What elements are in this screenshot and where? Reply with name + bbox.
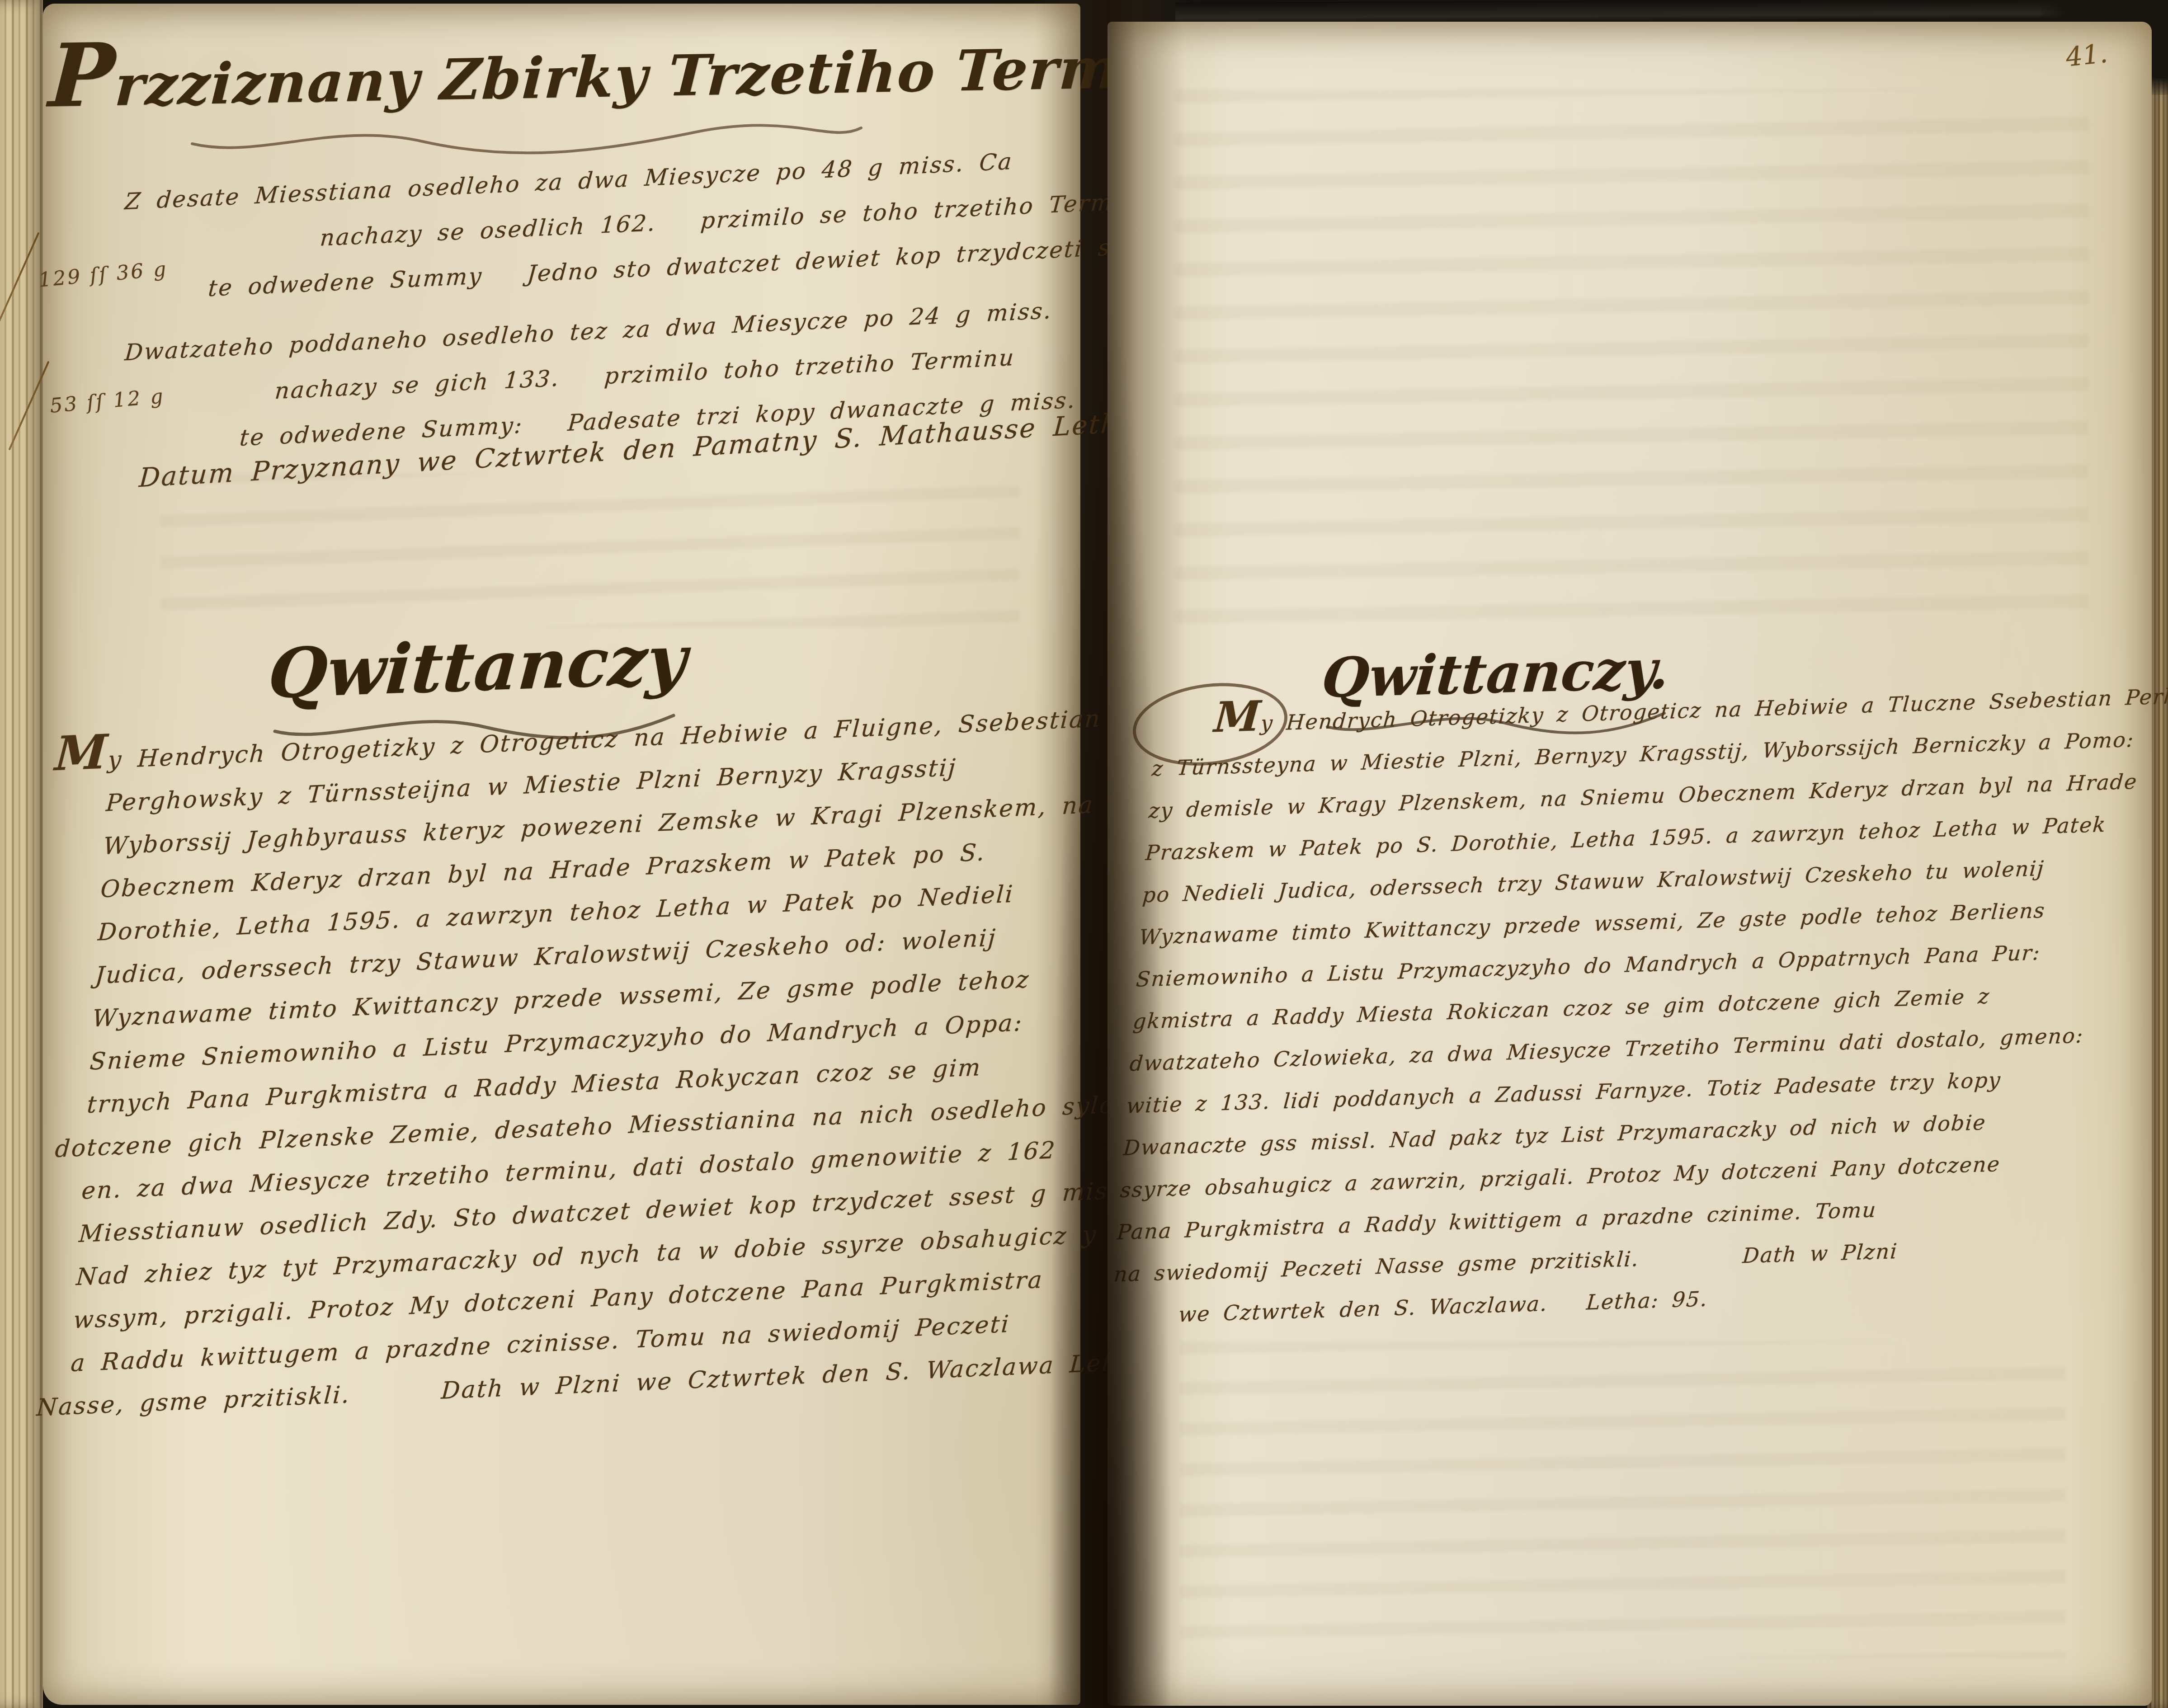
bleedthrough-ghost: [1175, 89, 2088, 623]
bleedthrough-ghost: [1180, 1341, 2066, 1658]
quittance-body-left: My Hendrych Otrogetizky z Otrogeticz na …: [13, 689, 1077, 1430]
book-scan: Przziznany Zbirky Trzetiho Terminu Z des…: [0, 0, 2168, 1708]
quittance-body-right: My Hendrych Otrogetizky z Otrogeticz na …: [1109, 670, 2124, 1338]
folio-number: 41.: [2064, 38, 2109, 72]
quittance-heading-left: Qwittanczy: [266, 620, 689, 714]
left-page: Przziznany Zbirky Trzetiho Terminu Z des…: [43, 4, 1080, 1705]
paragraph-burghers-tax: Z desate Miesstiana osedleho za dwa Mies…: [116, 130, 1202, 315]
page-stack-edge-left: [0, 0, 43, 1708]
cover-edge-top: [1175, 0, 2134, 24]
bleedthrough-ghost: [160, 474, 1019, 627]
right-page: 41. Qwittanczy. My Hendrych Otrogetizky …: [1108, 22, 2152, 1706]
page-title: Przziznany Zbirky Trzetiho Terminu: [47, 5, 1228, 127]
